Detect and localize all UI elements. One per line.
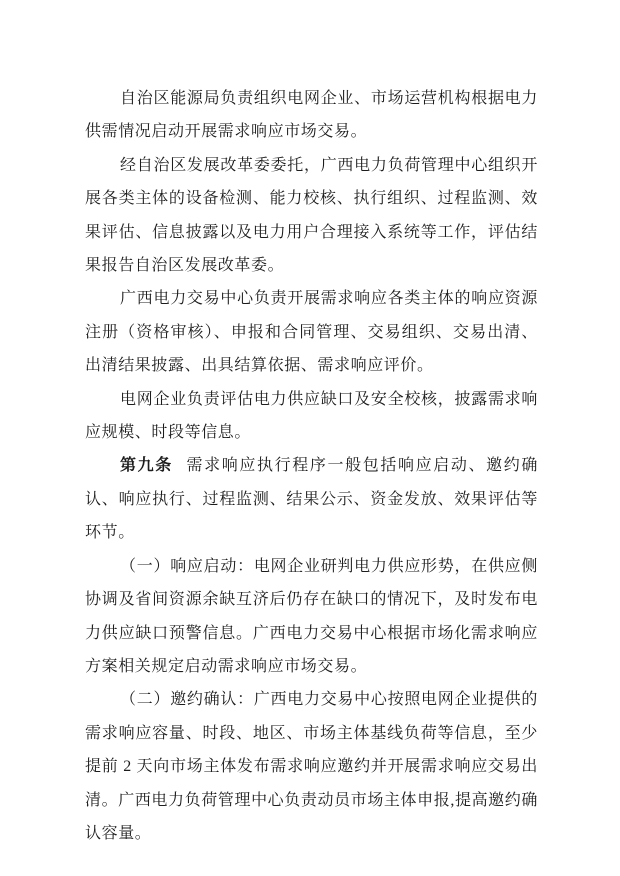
- paragraph-text: 经自治区发展改革委委托，广西电力负荷管理中心组织开展各类主体的设备检测、能力校核…: [85, 157, 538, 274]
- paragraph: 电网企业负责评估电力供应缺口及安全校核，披露需求响应规模、时段等信息。: [85, 383, 538, 450]
- paragraph-text: 自治区能源局负责组织电网企业、市场运营机构根据电力供需情况启动开展需求响应市场交…: [85, 90, 538, 140]
- paragraph: 自治区能源局负责组织电网企业、市场运营机构根据电力供需情况启动开展需求响应市场交…: [85, 82, 538, 149]
- paragraph-text: 广西电力交易中心负责开展需求响应各类主体的响应资源注册（资格审核）、申报和合同管…: [85, 290, 538, 374]
- document-page: 自治区能源局负责组织电网企业、市场运营机构根据电力供需情况启动开展需求响应市场交…: [0, 0, 620, 876]
- paragraph-article-9: 第九条需求响应执行程序一般包括响应启动、邀约确认、响应执行、过程监测、结果公示、…: [85, 449, 538, 549]
- paragraph: 广西电力交易中心负责开展需求响应各类主体的响应资源注册（资格审核）、申报和合同管…: [85, 282, 538, 382]
- paragraph-item-2: （二）邀约确认：广西电力交易中心按照电网企业提供的需求响应容量、时段、地区、市场…: [85, 683, 538, 850]
- paragraph-text: （二）邀约确认：广西电力交易中心按照电网企业提供的需求响应容量、时段、地区、市场…: [85, 691, 538, 842]
- document-body: 自治区能源局负责组织电网企业、市场运营机构根据电力供需情况启动开展需求响应市场交…: [85, 82, 538, 850]
- paragraph-item-1: （一）响应启动：电网企业研判电力供应形势，在供应侧协调及省间资源余缺互济后仍存在…: [85, 550, 538, 684]
- article-number: 第九条: [120, 457, 173, 474]
- paragraph-text: （一）响应启动：电网企业研判电力供应形势，在供应侧协调及省间资源余缺互济后仍存在…: [85, 558, 538, 675]
- paragraph-text: 电网企业负责评估电力供应缺口及安全校核，披露需求响应规模、时段等信息。: [85, 391, 538, 441]
- paragraph: 经自治区发展改革委委托，广西电力负荷管理中心组织开展各类主体的设备检测、能力校核…: [85, 149, 538, 283]
